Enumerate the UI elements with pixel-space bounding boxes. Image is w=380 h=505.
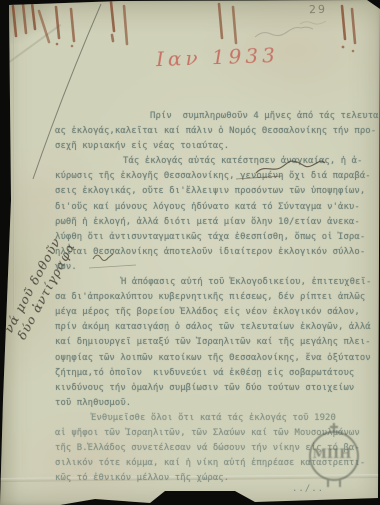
continuation-mark: ../.. — [292, 484, 324, 494]
stamp-base-ornament — [327, 480, 341, 487]
typed-line: Τάς ἐκλογάς αὐτάς κατέστησεν ἀναγκαίας, … — [55, 154, 377, 169]
typed-line: σεχῆ κυριακήν εἰς νέας τοιαύτας. — [55, 139, 377, 154]
typed-line: δι'οὕς καί μόνους λόγους ἠδύνατο κατά τό… — [55, 200, 377, 215]
typed-line: γον. — [55, 260, 377, 275]
typed-line: Πρίν συμπληρωθοῦν 4 μῆνες ἀπό τάς τελευτ… — [55, 109, 377, 124]
typed-line: λύφθη ὅτι ἀντισυνταγματικῶς τάχα ἐθεσπίσ… — [55, 230, 377, 245]
typed-line: τοῦ πληθυσμοῦ. — [55, 396, 377, 411]
typed-line: κινδύνους τήν ὁμαλήν συμβίωσιν τῶν δύο τ… — [55, 381, 377, 396]
typed-line: οψηφίας τῶν λοιπῶν κατοίκων τῆς Θεσσαλον… — [55, 351, 377, 366]
archive-stamp: ✚ ΜΠΗ — [305, 423, 363, 485]
typed-line: μέγα μέρος τῆς βορείου Ἑλλάδος εἰς νέον … — [55, 305, 377, 320]
scan-background: 29 Ιαν 1933 νά μοῦ δοθοῦν δύο ἀντίγραφα … — [0, 0, 380, 505]
paper-crease-left — [13, 0, 15, 310]
document-page: 29 Ιαν 1933 νά μοῦ δοθοῦν δύο ἀντίγραφα … — [0, 0, 380, 505]
stamp-monogram: ΜΠΗ — [309, 431, 355, 477]
typed-line: ζήτημα,τό ὁποῖον κινδυνεύει νά ἐκθέσῃ εἰ… — [55, 366, 377, 381]
typed-line: κύρωσις τῆς ἐκλογῆς Θεσσαλονίκης, γενομέ… — [55, 169, 377, 184]
typed-line: ας ἐκλογάς,καλεῖται καί πάλιν ὁ Νομός Θε… — [55, 124, 377, 139]
typed-line: σα δι'ἀπροκαλύπτου κυβερνητικῆς πιέσεως,… — [55, 290, 377, 305]
paper-crease-topleft — [0, 24, 61, 70]
ink-tally-marks — [13, 2, 355, 44]
page-number: 29 — [309, 3, 327, 17]
typed-line: σεις ἐκλογικάς, οὔτε δι'ἔλλειψιν προσόντ… — [55, 184, 377, 199]
typed-line: Ἡ ἀπόφασις αὐτή τοῦ Ἐκλογοδικείου, ἐπιτε… — [55, 275, 377, 290]
handwritten-date: Ιαν 1933 — [156, 43, 280, 71]
typed-line: ηλῖται Θεσσαλονίκης ἀποτελοῦν ἰδιαίτερον… — [55, 245, 377, 260]
typed-line: πρίν ἀκόμη κατασιγάσῃ ὁ σάλος τῶν τελευτ… — [55, 320, 377, 335]
typed-line: καί δημιουργεῖ μεταξύ τῶν Ἰσραηλιτῶν καί… — [55, 335, 377, 350]
pencil-scribble — [255, 21, 326, 37]
typed-line: ρωθῆ ἡ ἐκλογή, ἀλλά διότι μετά μίαν ὅλην… — [55, 215, 377, 230]
